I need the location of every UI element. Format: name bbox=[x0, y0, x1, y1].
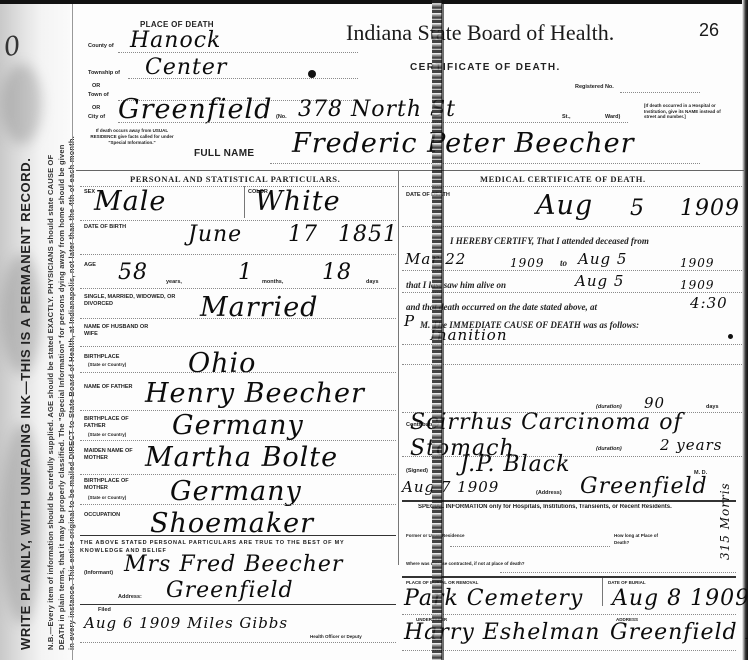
ink-dot bbox=[728, 334, 733, 339]
informant-address-value: Greenfield bbox=[166, 578, 294, 603]
paper-fold-shadow bbox=[441, 0, 444, 660]
informant-line bbox=[80, 604, 396, 605]
filed-line bbox=[80, 642, 396, 643]
away-note: If death occurs away from USUAL RESIDENC… bbox=[86, 128, 178, 146]
burial-line bbox=[402, 614, 736, 615]
town-or-label: OR bbox=[92, 83, 100, 89]
time-of-death: 4:30 bbox=[690, 294, 728, 312]
full-name-value: Frederic Peter Beecher bbox=[292, 128, 635, 159]
mother-birthplace-label: BIRTHPLACE OF MOTHER bbox=[84, 478, 144, 492]
birthplace-label: BIRTHPLACE bbox=[84, 354, 119, 360]
health-officer-label: Health Officer or Deputy bbox=[310, 634, 362, 639]
mother-line bbox=[80, 474, 396, 475]
burial-date-label: DATE OF BURIAL bbox=[608, 580, 646, 585]
marital-line bbox=[80, 318, 396, 319]
contributory-duration-label: (duration) bbox=[596, 446, 622, 452]
mother-birthplace-value: Germany bbox=[170, 476, 302, 507]
ink-blot bbox=[308, 70, 316, 78]
physician-address: Greenfield bbox=[580, 474, 708, 499]
margin-divider bbox=[72, 4, 73, 660]
street-st-label: St., bbox=[562, 114, 571, 120]
township-value: Center bbox=[145, 55, 227, 80]
filed-label: Filed bbox=[98, 607, 111, 613]
father-birthplace-sub: (State or Country) bbox=[88, 432, 126, 437]
date-of-death-line bbox=[402, 226, 742, 227]
right-border bbox=[742, 0, 748, 660]
sex-color-divider bbox=[244, 186, 245, 218]
margin-note-right: 315 Morris bbox=[718, 482, 732, 560]
margin-instruction-line-1: N.B.—Every item of information should be… bbox=[46, 155, 55, 650]
burial-date: Aug 8 1909 bbox=[612, 586, 748, 611]
signed-label: (Signed) bbox=[406, 468, 428, 474]
city-line bbox=[118, 122, 628, 123]
dob-year: 1851 bbox=[338, 222, 398, 247]
ward-label: Ward) bbox=[605, 114, 620, 120]
how-long-label: How long at Place of Death? bbox=[614, 532, 674, 546]
city-or-label: OR bbox=[92, 105, 100, 111]
days-label: days bbox=[366, 279, 379, 285]
dob-day: 17 bbox=[288, 222, 318, 247]
father-birthplace-label: BIRTHPLACE OF FATHER bbox=[84, 416, 144, 430]
county-line bbox=[118, 52, 358, 53]
full-name-label: FULL NAME bbox=[194, 148, 254, 159]
cause-line-2 bbox=[402, 364, 742, 365]
special-info-heading: SPECIAL INFORMATION only for Hospitals, … bbox=[418, 504, 738, 510]
mother-birthplace-line bbox=[80, 504, 396, 505]
informant-label: (Informant) bbox=[84, 570, 113, 576]
former-residence-line bbox=[450, 546, 610, 547]
undertaker-address: Greenfield Ind bbox=[610, 620, 748, 645]
contributory-line bbox=[402, 456, 742, 457]
sex-line bbox=[80, 220, 396, 221]
margin-instruction-main: WRITE PLAINLY, WITH UNFADING INK—THIS IS… bbox=[18, 158, 33, 650]
informant-value: Mrs Fred Beecher bbox=[124, 552, 343, 577]
sex-value: Male bbox=[94, 186, 166, 217]
mother-value: Martha Bolte bbox=[145, 442, 338, 473]
dob-line bbox=[80, 254, 396, 255]
age-years: 58 bbox=[118, 260, 148, 285]
county-value: Hanock bbox=[130, 28, 221, 53]
death-day: 5 bbox=[630, 196, 645, 221]
last-saw-line bbox=[402, 292, 742, 293]
marital-label: SINGLE, MARRIED, WIDOWED, OR DIVORCED bbox=[84, 294, 194, 308]
personal-heading: PERSONAL AND STATISTICAL PARTICULARS. bbox=[130, 174, 340, 184]
contracted-label: Where was disease contracted, if not at … bbox=[406, 560, 546, 567]
occupation-line bbox=[80, 535, 396, 536]
cause-line-1 bbox=[402, 344, 742, 345]
burial-place: Park Cemetery bbox=[404, 586, 583, 611]
age-days: 18 bbox=[322, 260, 352, 285]
dob-month: June bbox=[188, 222, 242, 247]
township-label: Township of bbox=[88, 70, 120, 76]
spouse-line bbox=[80, 346, 396, 347]
last-saw-text: that I last saw him alive on bbox=[406, 280, 506, 290]
city-value: Greenfield bbox=[118, 94, 272, 125]
special-info-line bbox=[402, 576, 736, 578]
death-year: 1909 bbox=[680, 196, 740, 221]
meridian: P bbox=[404, 312, 415, 330]
father-label: NAME OF FATHER bbox=[84, 384, 134, 391]
town-label: Town of bbox=[88, 92, 109, 98]
attended-to: Aug 5 bbox=[578, 250, 627, 268]
dob-label: DATE OF BIRTH bbox=[84, 224, 126, 230]
margin-pencil-mark: 0 bbox=[2, 31, 24, 63]
page-number: 26 bbox=[699, 20, 719, 41]
full-name-line bbox=[270, 163, 700, 164]
informant-address-label: Address: bbox=[118, 594, 142, 600]
township-line bbox=[128, 78, 358, 79]
physician-line bbox=[402, 500, 736, 502]
attended-to-year: 1909 bbox=[680, 256, 715, 270]
mother-label: MAIDEN NAME OF MOTHER bbox=[84, 448, 144, 462]
birthplace-line bbox=[80, 372, 396, 373]
attended-line bbox=[402, 270, 742, 271]
to-label: to bbox=[560, 258, 567, 268]
spouse-label: NAME OF HUSBAND OR WIFE bbox=[84, 324, 154, 338]
death-month: Aug bbox=[536, 190, 593, 221]
registered-no-label: Registered No. bbox=[575, 84, 614, 90]
father-birthplace-value: Germany bbox=[172, 410, 304, 441]
hospital-note: [If death occurred in a Hospital or Inst… bbox=[644, 103, 724, 120]
age-months: 1 bbox=[238, 260, 253, 285]
section-divider bbox=[76, 170, 744, 171]
contracted-line bbox=[500, 572, 736, 573]
filed-value: Aug 6 1909 Miles Gibbs bbox=[84, 614, 288, 632]
column-divider bbox=[398, 170, 399, 565]
father-value: Henry Beecher bbox=[145, 378, 365, 409]
medical-heading: MEDICAL CERTIFICATE OF DEATH. bbox=[480, 174, 646, 184]
city-label: City of bbox=[88, 114, 105, 120]
occupation-label: OCCUPATION bbox=[84, 512, 120, 518]
last-saw-year: 1909 bbox=[680, 278, 715, 292]
undertaker-line bbox=[402, 650, 736, 651]
father-birthplace-line bbox=[80, 440, 396, 441]
medical-heading-line bbox=[402, 186, 742, 187]
last-saw-date: Aug 5 bbox=[575, 272, 624, 290]
color-value: White bbox=[255, 186, 341, 217]
months-label: months, bbox=[262, 279, 283, 285]
mother-birthplace-sub: (State or Country) bbox=[88, 495, 126, 500]
signed-date: Aug 7 1909 bbox=[402, 478, 499, 496]
birthplace-value: Ohio bbox=[188, 348, 256, 379]
certify-text: I HEREBY CERTIFY, That I attended deceas… bbox=[450, 236, 649, 246]
contributory-duration: 2 years bbox=[660, 436, 722, 454]
top-border bbox=[0, 0, 748, 4]
physician-address-label: (Address) bbox=[536, 490, 562, 496]
years-label: years, bbox=[166, 279, 182, 285]
attended-from-year: 1909 bbox=[510, 256, 545, 270]
street-no-label: (No. bbox=[276, 114, 287, 120]
age-line bbox=[80, 288, 396, 289]
death-certificate: 0 WRITE PLAINLY, WITH UNFADING INK—THIS … bbox=[0, 0, 748, 660]
county-label: County of bbox=[88, 43, 114, 49]
registered-no-line bbox=[620, 92, 700, 93]
document-title: Indiana State Board of Health. bbox=[346, 20, 614, 46]
margin-instruction-line-2: DEATH in plain terms, that it may be pro… bbox=[57, 144, 66, 650]
smudge bbox=[2, 64, 42, 144]
physician-name: J.P. Black bbox=[460, 452, 570, 477]
birthplace-sub: (State or Country) bbox=[88, 362, 126, 367]
burial-divider bbox=[602, 578, 603, 606]
age-label: AGE bbox=[84, 262, 96, 268]
